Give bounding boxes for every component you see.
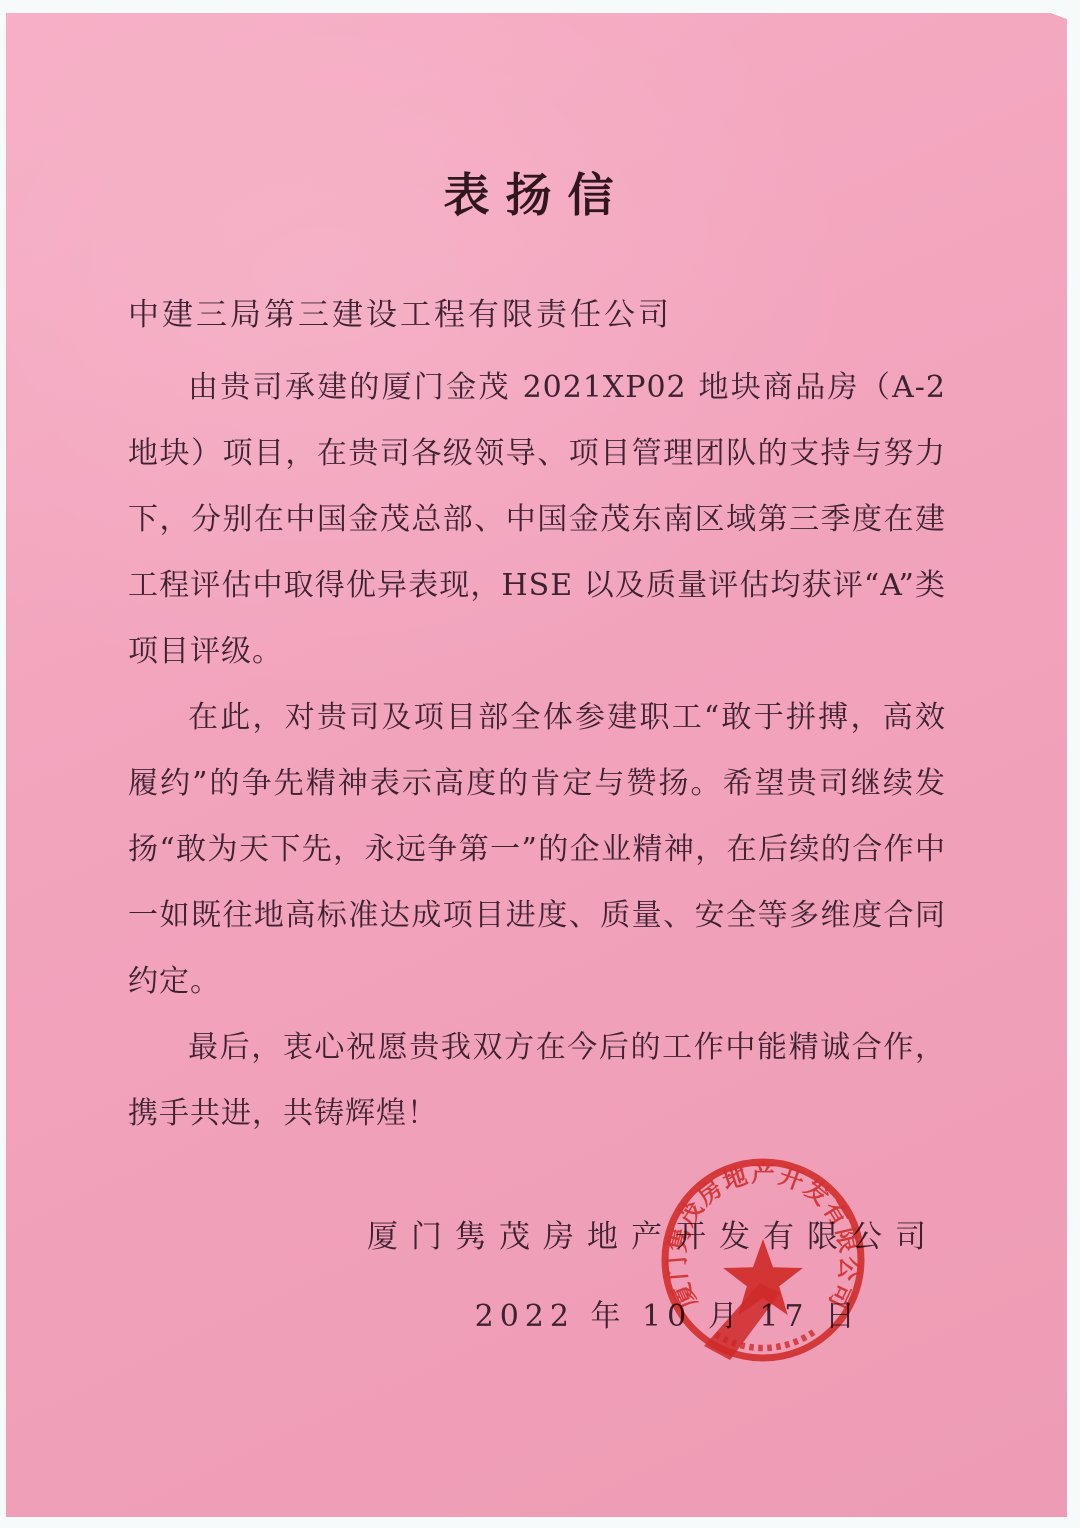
paragraph-3: 最后，衷心祝愿贵我双方在今后的工作中能精诚合作，携手共进，共铸辉煌！	[128, 1015, 946, 1147]
letter-title: 表扬信	[6, 159, 1067, 225]
company-seal: 厦门隽茂房地产开发有限公司	[656, 1153, 870, 1367]
scanned-letter: 表扬信 中建三局第三建设工程有限责任公司 由贵司承建的厦门金茂 2021XP02…	[0, 0, 1080, 1528]
recipient-line: 中建三局第三建设工程有限责任公司	[128, 289, 672, 334]
scan-corner-cut	[1016, 0, 1080, 24]
letter-body: 由贵司承建的厦门金茂 2021XP02 地块商品房（A-2 地块）项目，在贵司各…	[128, 355, 946, 1147]
pink-letter-paper: 表扬信 中建三局第三建设工程有限责任公司 由贵司承建的厦门金茂 2021XP02…	[6, 13, 1067, 1517]
paragraph-2: 在此，对贵司及项目部全体参建职工“敢于拼搏，高效履约”的争先精神表示高度的肯定与…	[128, 685, 946, 1015]
paragraph-1: 由贵司承建的厦门金茂 2021XP02 地块商品房（A-2 地块）项目，在贵司各…	[128, 355, 946, 685]
